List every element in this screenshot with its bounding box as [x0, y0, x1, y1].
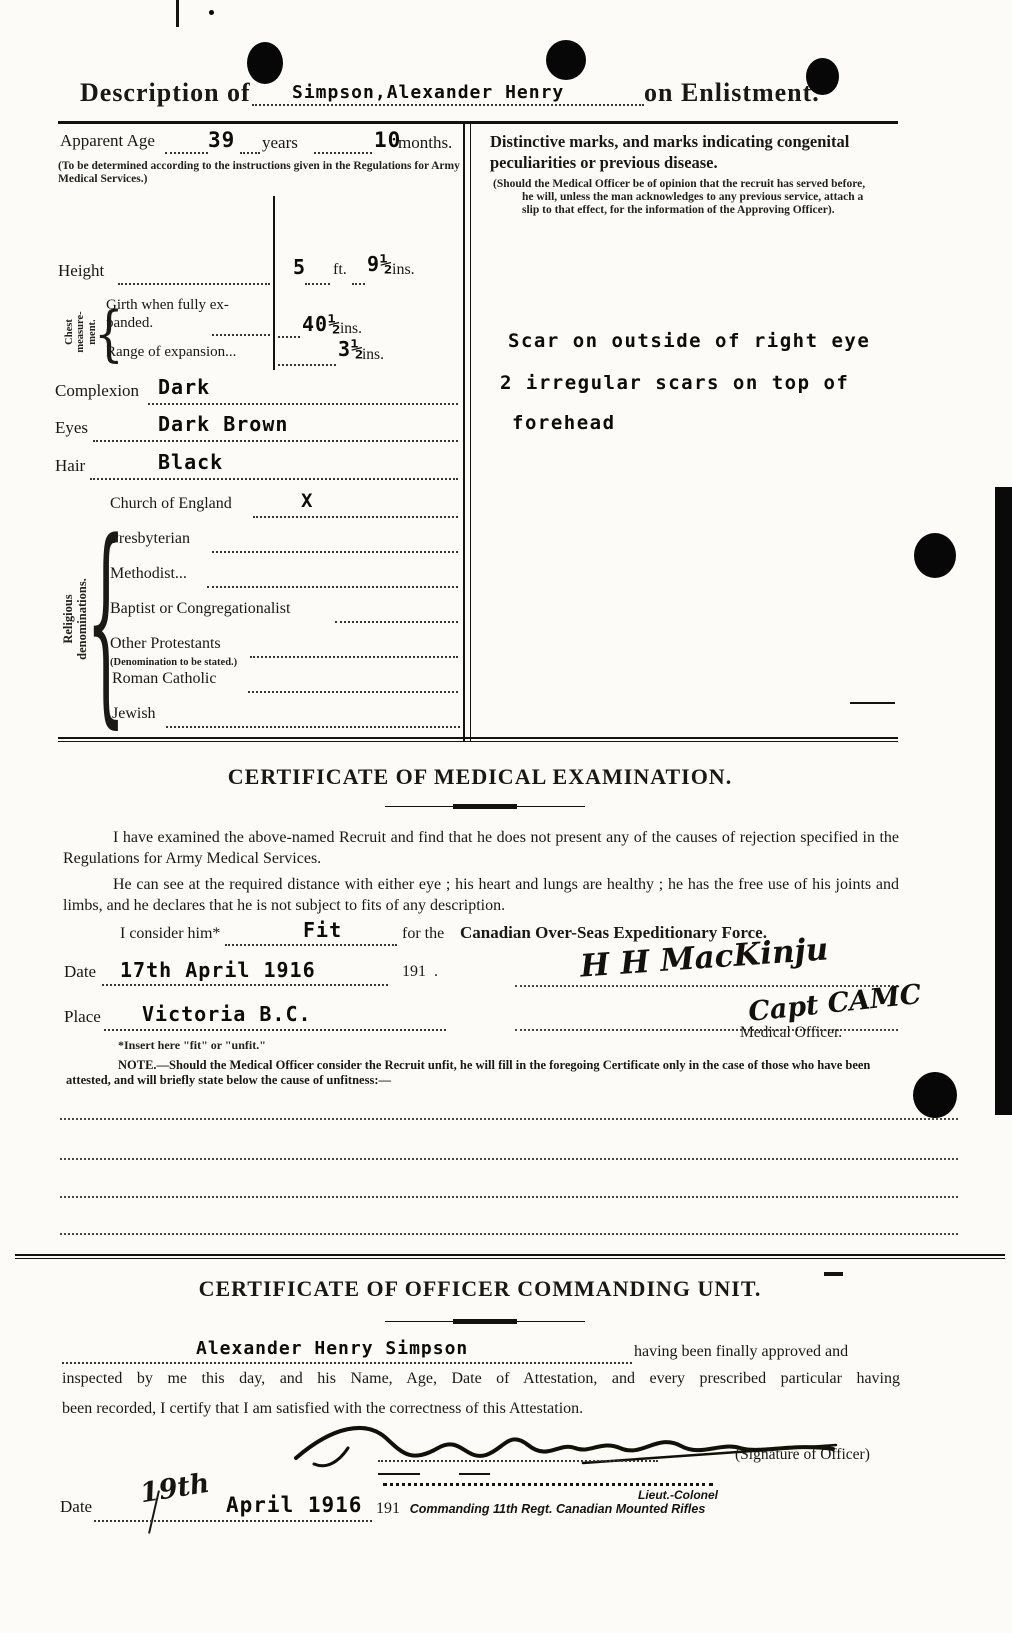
insert-footnote: *Insert here "fit" or "unfit."	[118, 1039, 266, 1052]
medical-paragraph: He can see at the required distance with…	[63, 874, 899, 916]
dotted-line	[250, 656, 458, 658]
dotted-line	[148, 403, 458, 405]
medical-cert-title: CERTIFICATE OF MEDICAL EXAMINATION.	[80, 764, 880, 790]
consider-mid: for the	[402, 925, 444, 943]
officer-signature-caption: (Signature of Officer)	[735, 1446, 870, 1464]
height-ins-value: 9½	[367, 252, 393, 276]
dotted-line	[90, 478, 458, 480]
table-divider	[470, 121, 471, 741]
approved-name-value: Alexander Henry Simpson	[196, 1338, 468, 1359]
blank-dotted-line	[60, 1233, 958, 1235]
table-divider	[463, 121, 465, 741]
blank-dotted-line	[60, 1196, 958, 1198]
hole-punch	[914, 533, 956, 578]
religion-row-value: X	[301, 490, 313, 512]
scan-edge-strip	[995, 487, 1012, 1115]
dotted-line	[93, 440, 458, 442]
religion-row-label: Jewish	[112, 705, 156, 723]
medical-date-label: Date	[64, 962, 96, 982]
height-label: Height	[58, 261, 104, 281]
hole-punch	[913, 1072, 957, 1118]
dotted-line	[314, 152, 372, 154]
girth-label: Girth when fully ex-panded.	[106, 297, 246, 332]
religion-group-label: Religious denominations.	[62, 560, 89, 678]
religion-row-label: Baptist or Congregationalist	[110, 600, 290, 618]
age-note: (To be determined according to the instr…	[58, 160, 460, 186]
dotted-line	[305, 283, 330, 285]
marks-entry-line: forehead	[512, 412, 616, 434]
dotted-line	[253, 516, 458, 518]
hair-value: Black	[158, 450, 223, 474]
commanding-date-value: April 1916	[226, 1493, 362, 1517]
commanding-year-print: 191	[376, 1500, 400, 1518]
commanding-paragraph: inspected by me this day, and his Name, …	[62, 1370, 900, 1388]
eyes-value: Dark Brown	[158, 412, 288, 436]
medical-place-value: Victoria B.C.	[142, 1002, 312, 1026]
dotted-line	[212, 334, 270, 336]
dotted-line	[335, 621, 458, 623]
dotted-line	[207, 586, 458, 588]
commanding-cert-title: CERTIFICATE OF OFFICER COMMANDING UNIT.	[80, 1276, 880, 1302]
range-ins-label: ins.	[362, 346, 384, 364]
blank-dotted-line	[60, 1158, 958, 1160]
range-value: 3½	[338, 337, 364, 361]
age-years-label: years	[262, 133, 298, 153]
religion-row-label: Presbyterian	[110, 530, 190, 548]
commanding-date-label: Date	[60, 1497, 92, 1517]
marks-entry-line: 2 irregular scars on top of	[500, 372, 849, 394]
dotted-line	[118, 283, 270, 285]
dotted-line	[278, 364, 336, 366]
dotted-line	[225, 944, 397, 946]
hole-punch	[546, 40, 586, 80]
girth-ins-label: ins.	[340, 320, 362, 338]
medical-date-value: 17th April 1916	[120, 958, 316, 982]
table-bottom-rule	[58, 737, 898, 742]
value-column-line	[273, 196, 275, 370]
blank-dotted-line	[60, 1118, 958, 1120]
scanned-enlistment-form: Description of Simpson,Alexander Henry o…	[0, 0, 1012, 1633]
scan-speck	[209, 10, 214, 15]
dotted-line	[378, 1460, 658, 1462]
dotted-line	[165, 152, 208, 154]
dotted-line	[104, 1029, 446, 1031]
eyes-label: Eyes	[55, 418, 88, 438]
form-title-prefix: Description of	[80, 78, 251, 108]
unfit-note: NOTE.—Should the Medical Officer conside…	[66, 1058, 899, 1088]
table-top-rule	[58, 121, 898, 124]
religion-row-label: Roman Catholic	[112, 670, 216, 688]
height-ft-value: 5	[293, 255, 306, 279]
fitness-value: Fit	[303, 918, 342, 942]
age-months-label: months.	[398, 133, 452, 153]
religion-row-note: (Denomination to be stated.)	[110, 657, 237, 669]
dotted-line	[62, 1362, 632, 1364]
dotted-line	[240, 152, 260, 154]
medical-year-print: 191 .	[402, 963, 438, 981]
religion-row-label: Other Protestants	[110, 635, 221, 653]
consider-label: I consider him*	[120, 925, 220, 943]
height-ft-label: ft.	[333, 261, 347, 279]
marks-title: Distinctive marks, and marks indicating …	[490, 132, 870, 173]
commanding-paragraph: been recorded, I certify that I am satis…	[62, 1400, 702, 1418]
approved-text: having been finally approved and	[634, 1343, 848, 1361]
stamp-edge-mark	[378, 1473, 420, 1475]
dotted-line	[212, 551, 458, 553]
form-title-suffix: on Enlistment.	[644, 78, 820, 108]
scan-line-fragment	[850, 702, 895, 704]
dotted-line	[352, 283, 365, 285]
medical-place-label: Place	[64, 1007, 101, 1027]
marks-entry-line: Scar on outside of right eye	[508, 330, 870, 352]
section-rule	[15, 1254, 1005, 1259]
dotted-line	[252, 104, 644, 106]
dotted-line	[102, 984, 388, 986]
range-label: Range of expansion...	[106, 344, 236, 361]
handwritten-day: 19th	[138, 1468, 212, 1510]
stamp-unit: Commanding 11th Regt. Canadian Mounted R…	[400, 1502, 715, 1516]
complexion-label: Complexion	[55, 381, 139, 401]
hole-punch	[247, 42, 283, 84]
age-label: Apparent Age	[60, 131, 155, 151]
dotted-line	[166, 726, 460, 728]
stamp-rank: Lieut.-Colonel	[638, 1488, 718, 1502]
medical-paragraph: I have examined the above-named Recruit …	[63, 827, 899, 869]
height-ins-label: ins.	[392, 261, 415, 279]
religion-row-label: Methodist...	[110, 565, 187, 583]
medical-officer-caption: Medical Officer.	[740, 1024, 842, 1042]
dotted-line	[278, 336, 300, 338]
age-years-value: 39	[208, 128, 235, 152]
stamp-edge-mark	[459, 1473, 490, 1475]
dotted-line	[248, 691, 458, 693]
hair-label: Hair	[55, 456, 85, 476]
scan-edge-mark	[176, 0, 179, 27]
complexion-value: Dark	[158, 375, 210, 399]
girth-value: 40½	[302, 312, 341, 336]
stamp-dotted-line	[383, 1483, 713, 1486]
marks-note: (Should the Medical Officer be of opinio…	[522, 178, 867, 217]
dotted-line	[94, 1520, 372, 1522]
chest-measurement-label: Chest measure- ment.	[64, 305, 98, 359]
recruit-name-field: Simpson,Alexander Henry	[292, 82, 564, 103]
religion-row-label: Church of England	[110, 495, 232, 513]
section-divider	[385, 806, 585, 807]
section-divider	[385, 1321, 585, 1322]
